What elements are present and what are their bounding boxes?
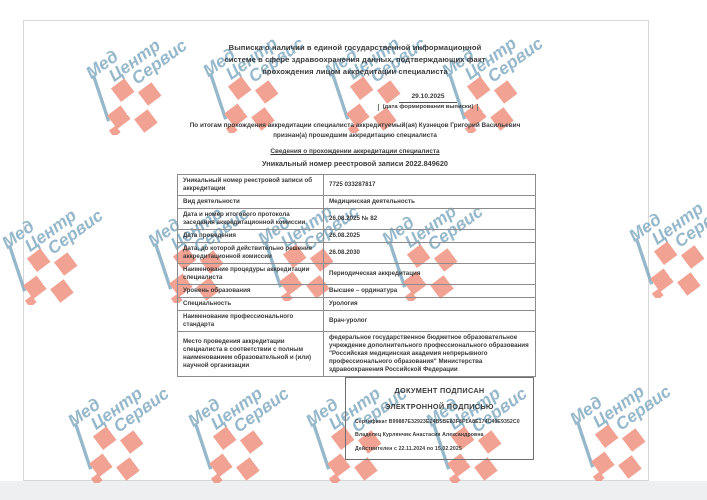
table-row: Дата и номер итогового протокола заседан… <box>178 209 536 230</box>
table-row: Наименование профессионального стандарта… <box>178 311 536 332</box>
table-row: Уровень образованияВысшее – ординатура <box>178 285 536 298</box>
title-line-3: прохождения лицом аккредитации специалис… <box>150 66 560 78</box>
issue-date-caption: (дата формирования выписки) <box>378 104 478 111</box>
registry-number-line: Уникальный номер реестровой записи 2022.… <box>150 159 560 168</box>
issue-date-block: 29.10.2025 (дата формирования выписки) <box>378 85 478 111</box>
row-label: Уровень образования <box>178 285 324 298</box>
page: МедЦентрСервис2МедЦентрСервис2МедЦентрСе… <box>0 0 707 500</box>
table-row: Вид деятельностиМедицинская деятельность <box>178 196 536 209</box>
row-value: Врач-уролог <box>324 311 536 332</box>
table-row: Уникальный номер реестровой записи об ак… <box>178 175 536 196</box>
table-row: Место проведения аккредитации специалист… <box>178 332 536 377</box>
row-value: федеральное государственное бюджетное об… <box>324 332 536 377</box>
owner-line: Владелец Курлянчик Анастасия Александров… <box>355 432 533 438</box>
row-value: 7725 033287817 <box>324 175 536 196</box>
row-label: Наименование профессионального стандарта <box>178 311 324 332</box>
accreditation-result-paragraph: По итогам прохождения аккредитации специ… <box>128 121 582 140</box>
row-value: Периодическая аккредитация <box>324 264 536 285</box>
title-line-1: Выписка о наличии в единой государственн… <box>150 42 560 54</box>
row-value: 26.08.2025 № 82 <box>324 209 536 230</box>
accreditation-table: Уникальный номер реестровой записи об ак… <box>177 174 536 377</box>
row-label: Специальность <box>178 298 324 311</box>
row-label: Вид деятельности <box>178 196 324 209</box>
row-value: Урология <box>324 298 536 311</box>
certificate-line: Сертификат B99887E32923E24B5BE83F8F1A8E1… <box>355 419 533 425</box>
signature-stamp-line-2: ЭЛЕКТРОННОЙ ПОДПИСЬЮ <box>346 402 533 411</box>
row-label: Уникальный номер реестровой записи об ак… <box>178 175 324 196</box>
row-value: 26.08.2025 <box>324 230 536 243</box>
row-label: Дата и номер итогового протокола заседан… <box>178 209 324 230</box>
row-value: 26.08.2030 <box>324 243 536 264</box>
row-value: Медицинская деятельность <box>324 196 536 209</box>
document-title: Выписка о наличии в единой государственн… <box>150 42 560 78</box>
row-label: Дата, до которой действительно решение а… <box>178 243 324 264</box>
result-line-2: признан(а) прошедшим аккредитацию специа… <box>128 131 582 141</box>
issue-date: 29.10.2025 <box>399 93 456 103</box>
table-row: Дата, до которой действительно решение а… <box>178 243 536 264</box>
result-line-1: По итогам прохождения аккредитации специ… <box>128 121 582 131</box>
signature-stamp: ДОКУМЕНТ ПОДПИСАН ЭЛЕКТРОННОЙ ПОДПИСЬЮ С… <box>345 377 534 460</box>
table-row: Наименование процедуры аккредитации спец… <box>178 264 536 285</box>
validity-line: Действителен с 22.11.2024 по 15.02.2025 <box>355 446 533 452</box>
row-label: Место проведения аккредитации специалист… <box>178 332 324 377</box>
title-line-2: системе в сфере здравоохранения данных, … <box>150 54 560 66</box>
table-row: СпециальностьУрология <box>178 298 536 311</box>
table-row: Дата проведения26.08.2025 <box>178 230 536 243</box>
section-heading: Сведения о прохождении аккредитации спец… <box>150 148 560 155</box>
document-content: Выписка о наличии в единой государственн… <box>0 0 707 500</box>
row-label: Наименование процедуры аккредитации спец… <box>178 264 324 285</box>
signature-stamp-line-1: ДОКУМЕНТ ПОДПИСАН <box>346 386 533 395</box>
row-label: Дата проведения <box>178 230 324 243</box>
accreditation-table-body: Уникальный номер реестровой записи об ак… <box>178 175 536 377</box>
row-value: Высшее – ординатура <box>324 285 536 298</box>
